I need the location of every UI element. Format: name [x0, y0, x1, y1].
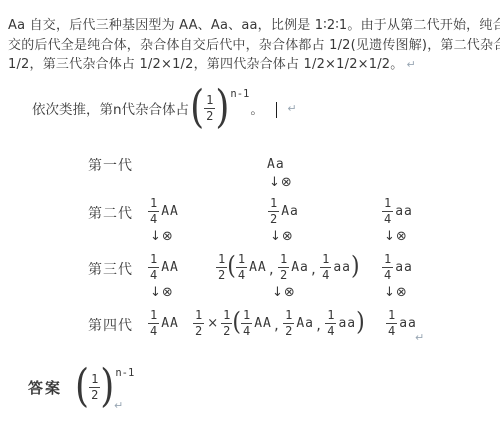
gen3-label: 第三代: [88, 259, 133, 279]
fraction-numerator: 1: [382, 197, 393, 210]
fraction-numerator: 1: [241, 309, 252, 322]
fraction-numerator: 1: [320, 253, 331, 266]
open-paren: (: [190, 89, 204, 127]
fraction: 1 4: [386, 309, 397, 337]
fraction-numerator: 1: [382, 253, 393, 266]
fraction-numerator: 1: [268, 197, 279, 210]
fraction: 1 4: [148, 309, 159, 337]
gen2-label: 第二代: [88, 203, 133, 223]
genotype: Aa: [296, 316, 314, 331]
genotype: aa: [333, 260, 351, 275]
fraction-denominator: 2: [89, 387, 100, 402]
gen1-label: 第一代: [88, 155, 133, 175]
close-paren: ): [100, 368, 114, 406]
fraction-denominator: 4: [325, 323, 336, 338]
fraction-denominator: 2: [193, 323, 204, 338]
genotype: aa: [395, 260, 413, 275]
separator: ,: [309, 263, 320, 281]
genotype: aa: [338, 316, 356, 331]
gen4-center-expression: 1 2 × 1 2 ( 1 4 AA , 1 2 Aa , 1: [193, 309, 365, 337]
self-cross-arrow: ↓⊗: [272, 285, 296, 300]
paren-item: 1 4 aa: [320, 253, 351, 281]
self-cross-arrow: ↓⊗: [270, 229, 294, 244]
open-paren: (: [227, 254, 236, 279]
fraction-numerator: 1: [148, 309, 159, 322]
fraction: 1 4: [148, 253, 159, 281]
fraction-denominator: 2: [268, 211, 279, 226]
fraction: 1 4: [382, 197, 393, 225]
fraction-denominator: 4: [386, 323, 397, 338]
fraction-numerator: 1: [386, 309, 397, 322]
paren-item: 1 4 aa: [325, 309, 356, 337]
answer-return-mark: ↵: [114, 399, 123, 412]
separator: ,: [267, 263, 278, 281]
fraction-denominator: 4: [236, 267, 247, 282]
fraction-denominator: 4: [382, 211, 393, 226]
answer-label: 答案: [28, 377, 62, 398]
multiply-sign: ×: [207, 316, 218, 331]
fraction: 1 2: [283, 309, 294, 337]
gen3-col1: 1 4 AA: [148, 253, 179, 281]
half-power-formula: ( 1 2 ) n-1: [190, 93, 249, 123]
fraction-numerator: 1: [216, 253, 227, 266]
fraction-denominator: 4: [241, 323, 252, 338]
fraction: 1 4: [382, 253, 393, 281]
fraction-numerator: 1: [148, 253, 159, 266]
fraction-numerator: 1: [148, 197, 159, 210]
formula-suffix: 。: [250, 98, 264, 118]
self-cross-arrow: ↓⊗: [150, 285, 174, 300]
fraction: 1 4: [241, 309, 252, 337]
genotype: AA: [254, 316, 272, 331]
fraction-numerator: 1: [204, 94, 215, 107]
coefficient-fraction: 1 2: [216, 253, 227, 281]
genotype: AA: [161, 204, 179, 219]
separator: ,: [314, 319, 325, 337]
paren-item: 1 4 AA: [236, 253, 267, 281]
genotype: Aa: [291, 260, 309, 275]
answer-row: 答案 ( 1 2 ) n-1: [28, 372, 135, 402]
one-half-fraction: 1 2: [89, 373, 100, 401]
fraction-denominator: 4: [148, 267, 159, 282]
self-cross-arrow: ↓⊗: [269, 175, 293, 190]
fraction: 1 4: [320, 253, 331, 281]
self-cross-arrow: ↓⊗: [150, 229, 174, 244]
formula-line: 依次类推，第n代杂合体占 ( 1 2 ) n-1 。 ↵: [32, 86, 297, 130]
coefficient-fraction-1: 1 2: [193, 309, 204, 337]
formula-prefix: 依次类推，第n代杂合体占: [32, 98, 189, 118]
fraction-numerator: 1: [221, 309, 232, 322]
gen4-return-mark: ↵: [415, 331, 424, 344]
close-paren: ): [351, 254, 360, 279]
gen3-col3: 1 4 aa: [382, 253, 413, 281]
separator: ,: [272, 319, 283, 337]
genotype: aa: [399, 316, 417, 331]
paren-item: 1 4 AA: [241, 309, 272, 337]
fraction-denominator: 4: [382, 267, 393, 282]
fraction: 1 4: [325, 309, 336, 337]
genotype: AA: [249, 260, 267, 275]
genotype: Aa: [281, 204, 299, 219]
genotype: aa: [395, 204, 413, 219]
close-paren: ): [356, 310, 365, 335]
intro-line-2: 交的后代全是纯合体，杂合体自交后代中，杂合体都占 1/2(见遗传图解)，第二代杂…: [8, 36, 496, 56]
fraction-numerator: 1: [89, 373, 100, 386]
gen4-col3: 1 4 aa: [386, 309, 417, 337]
self-cross-arrow: ↓⊗: [384, 285, 408, 300]
fraction-denominator: 4: [320, 267, 331, 282]
fraction-denominator: 2: [278, 267, 289, 282]
fraction-denominator: 2: [221, 323, 232, 338]
genotype: AA: [161, 316, 179, 331]
fraction: 1 2: [268, 197, 279, 225]
exponent: n-1: [115, 367, 134, 379]
fraction-denominator: 2: [204, 108, 215, 123]
fraction-denominator: 2: [283, 323, 294, 338]
gen3-center-expression: 1 2 ( 1 4 AA , 1 2 Aa , 1 4 aa ): [216, 253, 360, 281]
intro-paragraph: Aa 自交，后代三种基因型为 AA、Aa、aa，比例是 1∶2∶1。由于从第二代…: [8, 16, 496, 75]
formula-return-mark: ↵: [287, 102, 296, 115]
gen4-label: 第四代: [88, 315, 133, 335]
close-paren: ): [215, 89, 229, 127]
document-page[interactable]: Aa 自交，后代三种基因型为 AA、Aa、aa，比例是 1∶2∶1。由于从第二代…: [0, 0, 500, 422]
fraction-numerator: 1: [283, 309, 294, 322]
fraction: 1 4: [148, 197, 159, 225]
fraction-denominator: 2: [216, 267, 227, 282]
intro-line-3-text: 1/2，第三代杂合体占 1/2×1/2，第四代杂合体占 1/2×1/2×1/2。: [8, 57, 403, 72]
fraction-numerator: 1: [278, 253, 289, 266]
paren-item: 1 2 Aa: [283, 309, 314, 337]
self-cross-arrow: ↓⊗: [384, 229, 408, 244]
open-paren: (: [75, 368, 89, 406]
paragraph-return-mark: ↵: [406, 58, 415, 71]
gen2-col2: 1 2 Aa: [268, 197, 299, 225]
gen1-genotype: Aa: [267, 157, 285, 172]
fraction: 1 4: [236, 253, 247, 281]
genotype: AA: [161, 260, 179, 275]
fraction-numerator: 1: [193, 309, 204, 322]
fraction-numerator: 1: [236, 253, 247, 266]
fraction: 1 2: [278, 253, 289, 281]
gen2-col3: 1 4 aa: [382, 197, 413, 225]
paren-item: 1 2 Aa: [278, 253, 309, 281]
intro-line-1: Aa 自交，后代三种基因型为 AA、Aa、aa，比例是 1∶2∶1。由于从第二代…: [8, 16, 496, 36]
fraction-denominator: 4: [148, 211, 159, 226]
open-paren: (: [232, 310, 241, 335]
fraction-numerator: 1: [325, 309, 336, 322]
one-half-fraction: 1 2: [204, 94, 215, 122]
gen4-col1: 1 4 AA: [148, 309, 179, 337]
coefficient-fraction-2: 1 2: [221, 309, 232, 337]
intro-line-3: 1/2，第三代杂合体占 1/2×1/2，第四代杂合体占 1/2×1/2×1/2。…: [8, 55, 496, 75]
answer-formula: ( 1 2 ) n-1: [75, 372, 134, 402]
fraction-denominator: 4: [148, 323, 159, 338]
gen2-col1: 1 4 AA: [148, 197, 179, 225]
exponent: n-1: [230, 88, 249, 100]
text-cursor: [276, 102, 278, 118]
